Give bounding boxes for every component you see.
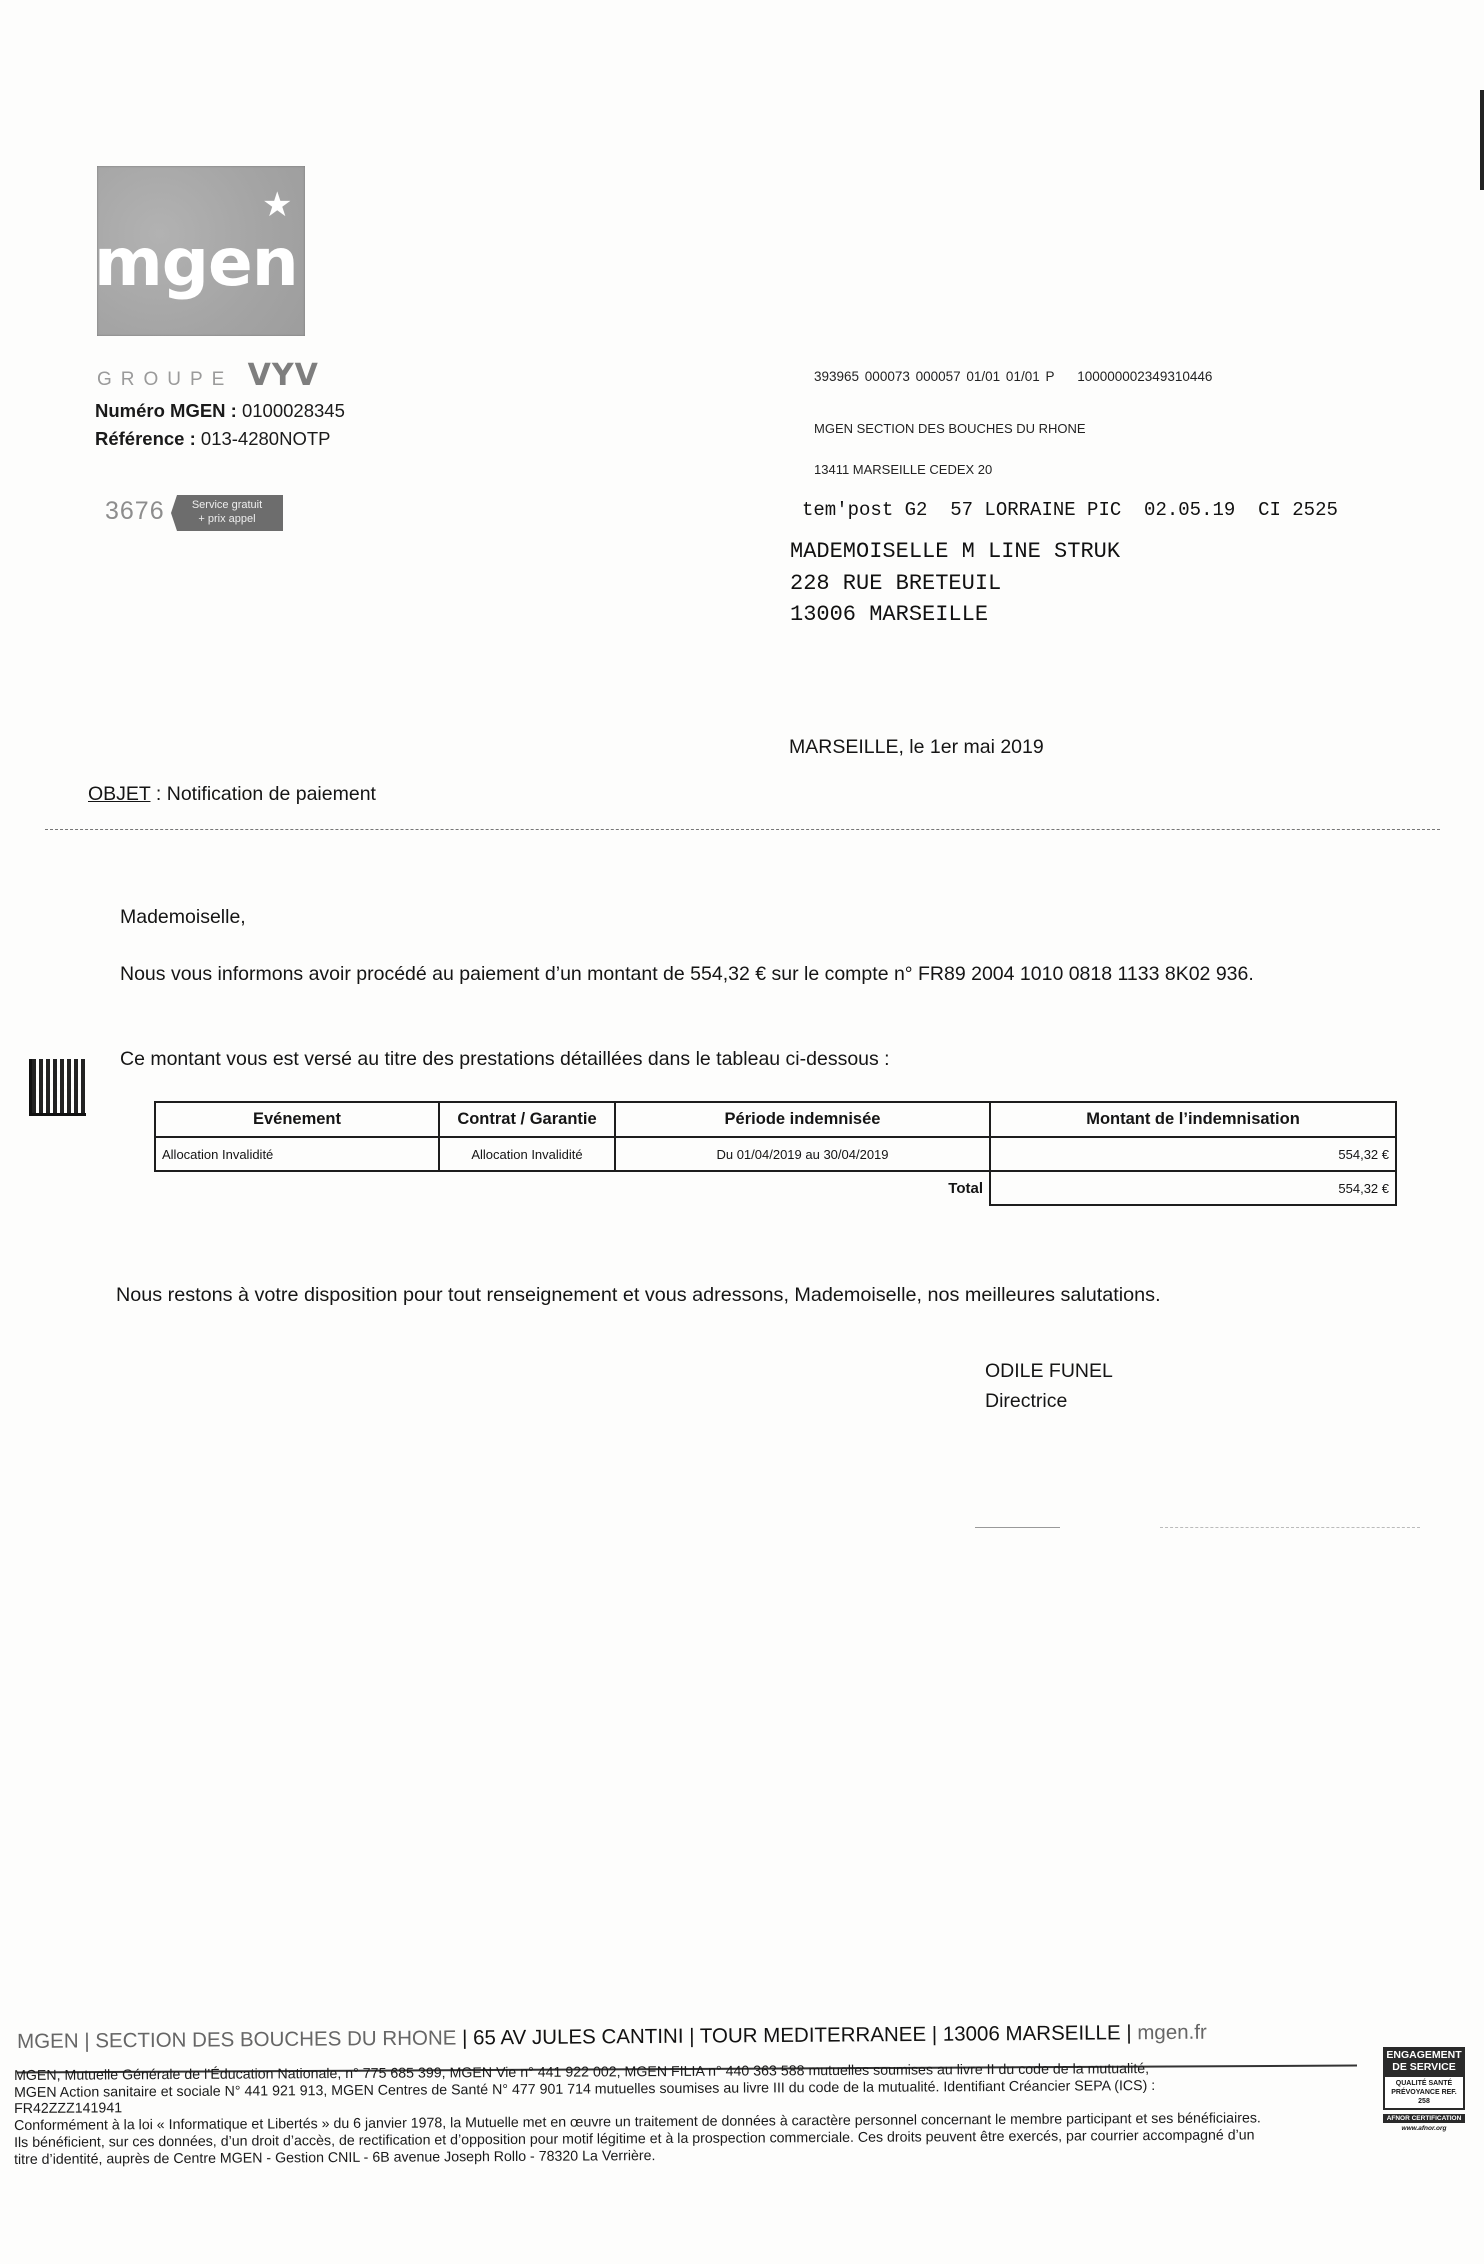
logo-text: mgen bbox=[94, 224, 298, 301]
numero-value: 0100028345 bbox=[242, 400, 345, 421]
payment-paragraph: Nous vous informons avoir procédé au pai… bbox=[120, 959, 1440, 989]
letter-date: MARSEILLE, le 1er mai 2019 bbox=[789, 736, 1044, 759]
recipient-city: 13006 MARSEILLE bbox=[790, 602, 988, 627]
table-header-row: Evénement Contrat / Garantie Période ind… bbox=[155, 1102, 1396, 1137]
mgen-logo: mgen ★ bbox=[97, 166, 305, 336]
footer-address: MGEN | SECTION DES BOUCHES DU RHONE | 65… bbox=[17, 2021, 1207, 2054]
divider bbox=[45, 829, 1440, 830]
numero-mgen: Numéro MGEN : 0100028345 bbox=[95, 400, 345, 422]
phone-badge-line1: Service gratuit bbox=[171, 498, 283, 512]
subject-label: OBJET bbox=[88, 783, 151, 805]
table-intro-paragraph: Ce montant vous est versé au titre des p… bbox=[120, 1044, 890, 1074]
cell-montant: 554,32 € bbox=[990, 1137, 1396, 1171]
postal-stamp: tem'post G2 57 LORRAINE PIC 02.05.19 CI … bbox=[802, 499, 1338, 521]
footer-website-link[interactable]: mgen.fr bbox=[1137, 2021, 1207, 2045]
col-periode: Période indemnisée bbox=[615, 1102, 990, 1137]
signature-block: ODILE FUNEL Directrice bbox=[985, 1356, 1113, 1416]
phone-badge: Service gratuit + prix appel bbox=[171, 495, 283, 531]
footer-street: | 65 AV JULES CANTINI | TOUR MEDITERRANE… bbox=[456, 2021, 1137, 2049]
payment-table: Evénement Contrat / Garantie Période ind… bbox=[154, 1101, 1397, 1206]
empty-cell bbox=[155, 1171, 439, 1205]
cell-evenement: Allocation Invalidité bbox=[155, 1137, 439, 1171]
numero-label: Numéro MGEN : bbox=[95, 400, 237, 421]
group-prefix: GROUPE bbox=[97, 369, 233, 390]
reference-label: Référence : bbox=[95, 428, 196, 449]
recipient-street: 228 RUE BRETEUIL bbox=[790, 571, 1001, 596]
groupe-vyv-logo: GROUPE VYV bbox=[97, 358, 319, 393]
reference: Référence : 013-4280NOTP bbox=[95, 428, 330, 450]
scan-artifact bbox=[1160, 1527, 1420, 1528]
datamatrix-code bbox=[29, 1059, 86, 1116]
closing-paragraph: Nous restons à votre disposition pour to… bbox=[116, 1280, 1161, 1310]
signer-name: ODILE FUNEL bbox=[985, 1356, 1113, 1386]
sender-name: MGEN SECTION DES BOUCHES DU RHONE bbox=[814, 421, 1086, 436]
col-evenement: Evénement bbox=[155, 1102, 439, 1137]
table-row: Allocation Invalidité Allocation Invalid… bbox=[155, 1137, 1396, 1171]
star-icon: ★ bbox=[262, 188, 292, 222]
total-label: Total bbox=[615, 1171, 990, 1205]
recipient-name: MADEMOISELLE M LINE STRUK bbox=[790, 539, 1120, 564]
letter-subject: OBJET : Notification de paiement bbox=[88, 783, 376, 806]
cert-title: ENGAGEMENT DE SERVICE bbox=[1383, 2047, 1465, 2075]
scan-artifact bbox=[975, 1527, 1060, 1528]
scan-edge-mark bbox=[1480, 90, 1484, 190]
total-value: 554,32 € bbox=[990, 1171, 1396, 1205]
cert-url: www.afnor.org bbox=[1383, 2125, 1465, 2132]
cert-scope: QUALITÉ SANTÉ PRÉVOYANCE REF. 258 bbox=[1383, 2075, 1465, 2110]
group-name: VYV bbox=[248, 358, 319, 393]
routing-code: 393965 000073 000057 01/01 01/01 P 10000… bbox=[814, 369, 1212, 384]
table-total-row: Total 554,32 € bbox=[155, 1171, 1396, 1205]
salutation: Mademoiselle, bbox=[120, 902, 246, 932]
cert-issuer: AFNOR CERTIFICATION bbox=[1383, 2114, 1465, 2123]
phone-number: 3676 bbox=[105, 497, 165, 526]
signer-title: Directrice bbox=[985, 1386, 1113, 1416]
col-contrat: Contrat / Garantie bbox=[439, 1102, 615, 1137]
empty-cell bbox=[439, 1171, 615, 1205]
phone-badge-line2: + prix appel bbox=[171, 512, 283, 526]
footer-section: MGEN | SECTION DES BOUCHES DU RHONE bbox=[17, 2027, 456, 2053]
legal-line: FR42ZZZ141941 bbox=[14, 2100, 122, 2117]
sender-city: 13411 MARSEILLE CEDEX 20 bbox=[814, 462, 992, 477]
afnor-certification-badge: ENGAGEMENT DE SERVICE QUALITÉ SANTÉ PRÉV… bbox=[1383, 2047, 1465, 2132]
reference-value: 013-4280NOTP bbox=[201, 428, 331, 449]
cell-contrat: Allocation Invalidité bbox=[439, 1137, 615, 1171]
legal-line: titre d’identité, auprès de Centre MGEN … bbox=[14, 2148, 655, 2168]
subject-value: : Notification de paiement bbox=[151, 783, 376, 805]
col-montant: Montant de l’indemnisation bbox=[990, 1102, 1396, 1137]
cell-periode: Du 01/04/2019 au 30/04/2019 bbox=[615, 1137, 990, 1171]
